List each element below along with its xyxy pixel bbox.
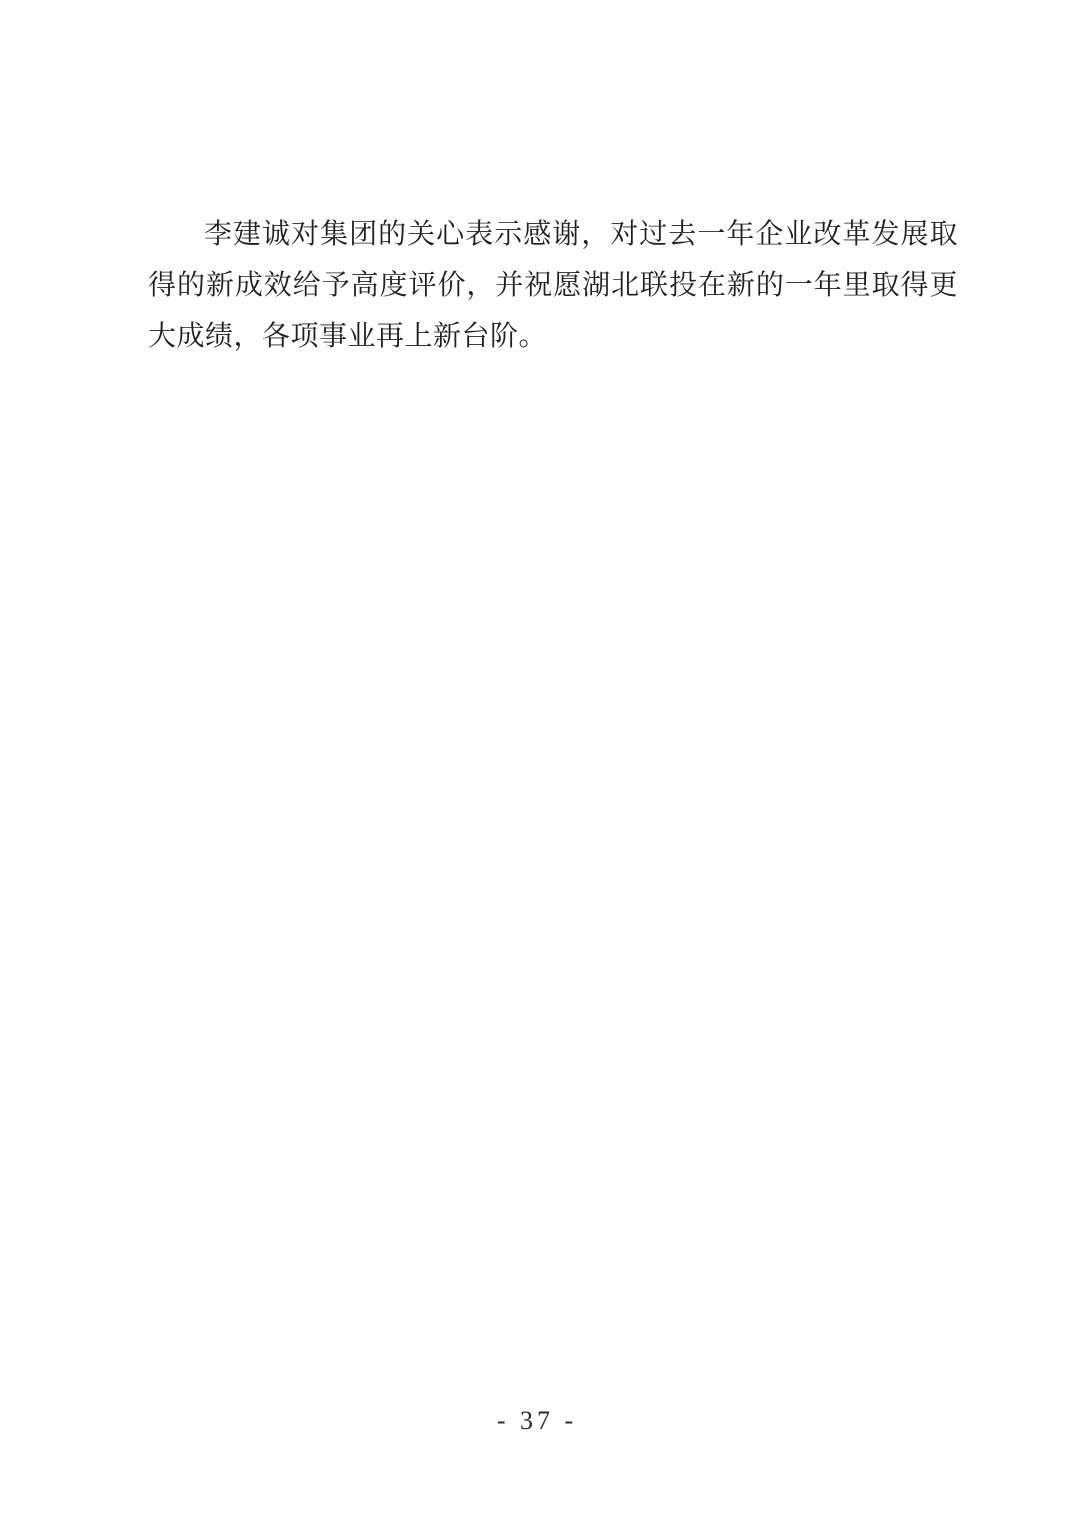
body-paragraph: 李建诚对集团的关心表示感谢，对过去一年企业改革发展取得的新成效给予高度评价，并祝… [148, 209, 958, 362]
page-number: - 37 - [0, 1406, 1074, 1436]
document-page: 李建诚对集团的关心表示感谢，对过去一年企业改革发展取得的新成效给予高度评价，并祝… [0, 0, 1074, 1520]
